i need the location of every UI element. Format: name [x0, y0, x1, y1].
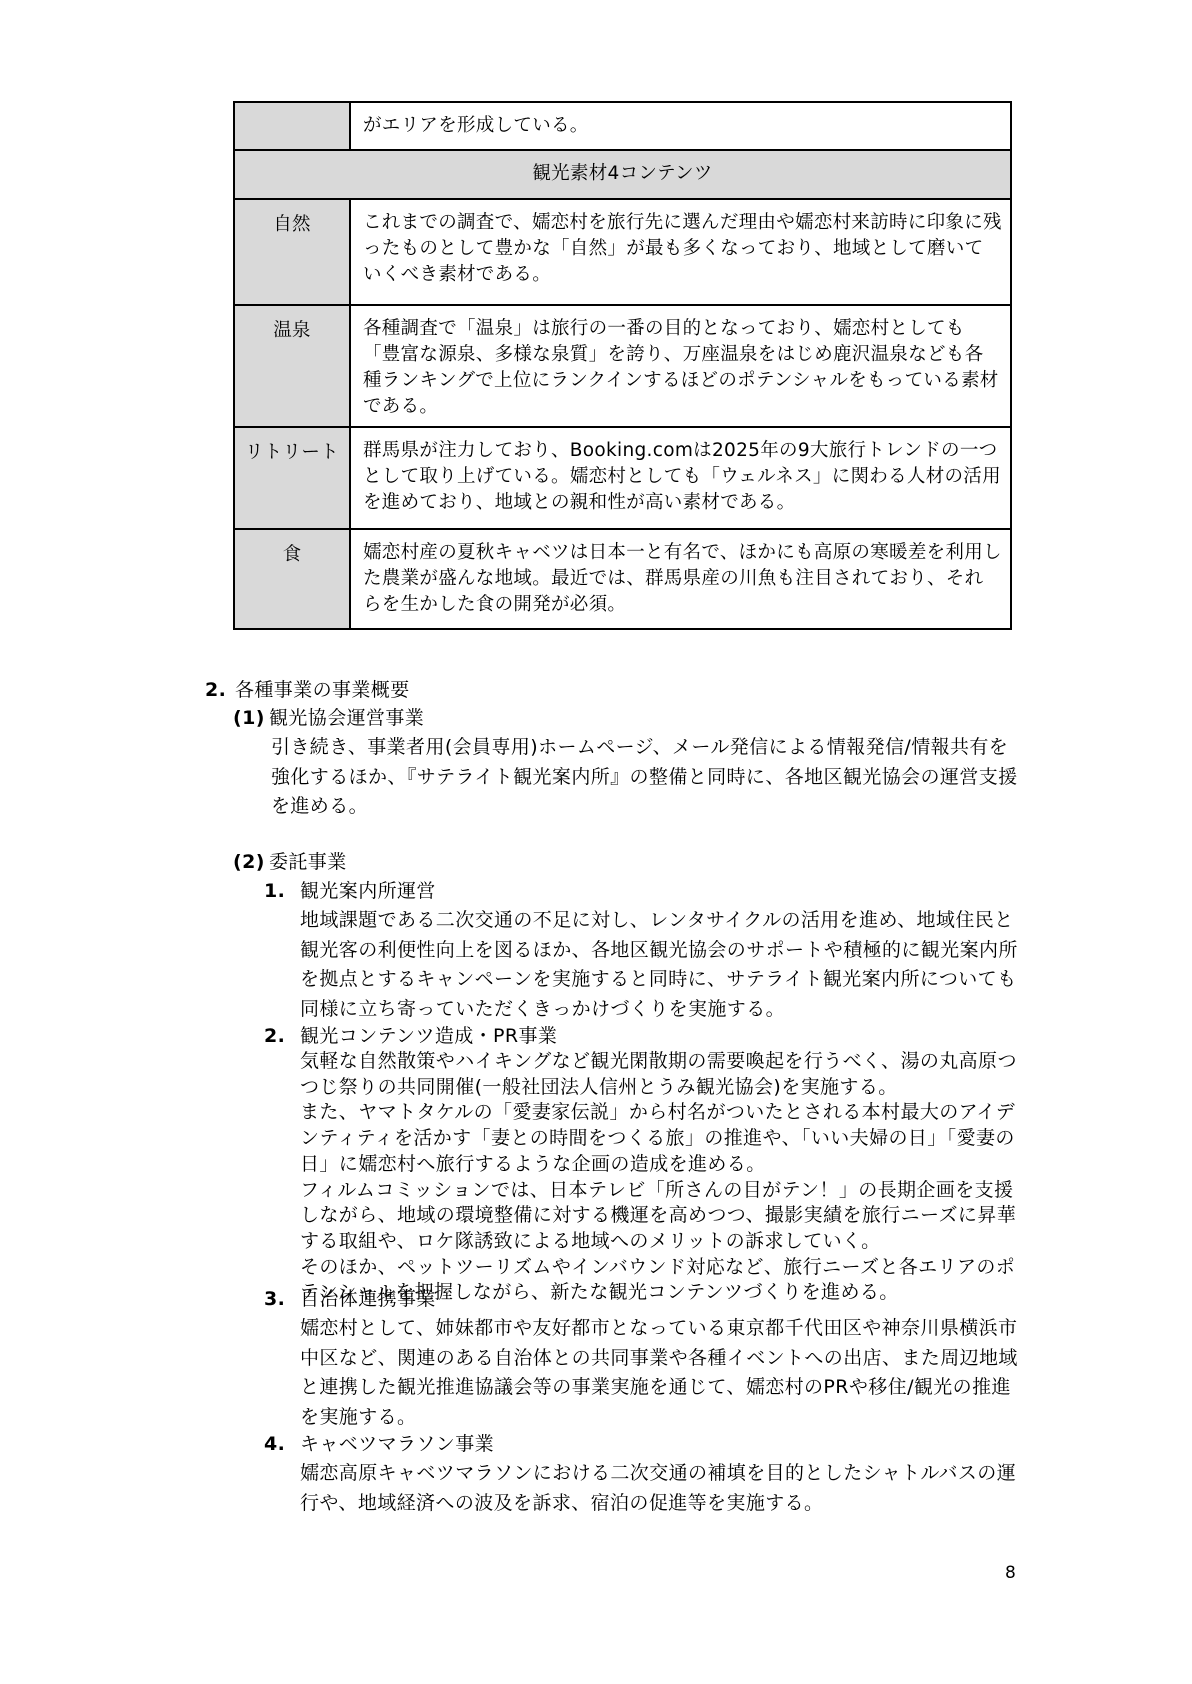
row-text: 各種調査で「温泉」は旅行の一番の目的となっており、嬬恋村としても「豊富な源泉、多… [350, 305, 1011, 427]
row-text: がエリアを形成している。 [350, 102, 1011, 150]
item-heading-2: 2.観光コンテンツ造成・PR事業 [264, 1022, 557, 1050]
table-row-onsen: 温泉 各種調査で「温泉」は旅行の一番の目的となっており、嬬恋村としても「豊富な源… [234, 305, 1011, 427]
item-title: 観光案内所運営 [300, 880, 436, 902]
section-heading: 2.各種事業の事業概要 [205, 676, 410, 704]
item-number: 1. [264, 877, 300, 905]
item-paragraph-1: 地域課題である二次交通の不足に対し、レンタサイクルの活用を進め、地域住民と観光客… [300, 906, 1025, 1024]
item-paragraph-2: 気軽な自然散策やハイキングなど観光閑散期の需要喚起を行うべく、湯の丸高原つつじ祭… [300, 1049, 1025, 1306]
item-heading-1: 1.観光案内所運営 [264, 877, 436, 905]
table-header-row: 観光素材4コンテンツ [234, 150, 1011, 199]
tourism-materials-table: がエリアを形成している。 観光素材4コンテンツ 自然 これまでの調査で、嬬恋村を… [233, 101, 1012, 630]
row-label: 食 [234, 529, 350, 629]
row-text: 群馬県が注力しており、Booking.comは2025年の9大旅行トレンドの一つ… [350, 427, 1011, 529]
subsection-heading-1: (1)観光協会運営事業 [233, 704, 424, 732]
subsection-paragraph-1: 引き続き、事業者用(会員専用)ホームページ、メール発信による情報発信/情報共有を… [271, 733, 1021, 822]
subsection-title: 観光協会運営事業 [269, 707, 424, 729]
item-title: 自治体連携事業 [300, 1288, 436, 1310]
row-label: 自然 [234, 199, 350, 305]
table-row-retreat: リトリート 群馬県が注力しており、Booking.comは2025年の9大旅行ト… [234, 427, 1011, 529]
item-number: 4. [264, 1430, 300, 1458]
table-row-continuation: がエリアを形成している。 [234, 102, 1011, 150]
paragraph-line: フィルムコミッションでは、日本テレビ「所さんの目がテン！」の長期企画を支援しなが… [300, 1178, 1025, 1255]
table-row-food: 食 嬬恋村産の夏秋キャベツは日本一と有名で、ほかにも高原の寒暖差を利用した農業が… [234, 529, 1011, 629]
document-page: がエリアを形成している。 観光素材4コンテンツ 自然 これまでの調査で、嬬恋村を… [0, 0, 1192, 1684]
item-number: 3. [264, 1285, 300, 1313]
item-number: 2. [264, 1022, 300, 1050]
subsection-number: (1) [233, 704, 269, 732]
table-header: 観光素材4コンテンツ [234, 150, 1011, 199]
item-title: キャベツマラソン事業 [300, 1433, 494, 1455]
table-row-nature: 自然 これまでの調査で、嬬恋村を旅行先に選んだ理由や嬬恋村来訪時に印象に残ったも… [234, 199, 1011, 305]
item-title: 観光コンテンツ造成・PR事業 [300, 1025, 557, 1047]
subsection-number: (2) [233, 848, 269, 876]
item-heading-4: 4.キャベツマラソン事業 [264, 1430, 494, 1458]
section-title: 各種事業の事業概要 [235, 679, 410, 701]
item-paragraph-3: 嬬恋村として、姉妹都市や友好都市となっている東京都千代田区や神奈川県横浜市中区な… [300, 1314, 1025, 1432]
row-label: リトリート [234, 427, 350, 529]
row-label: 温泉 [234, 305, 350, 427]
subsection-title: 委託事業 [269, 851, 347, 873]
subsection-heading-2: (2)委託事業 [233, 848, 347, 876]
item-paragraph-4: 嬬恋高原キャベツマラソンにおける二次交通の補填を目的としたシャトルバスの運行や、… [300, 1459, 1025, 1518]
section-number: 2. [205, 676, 235, 704]
page-number: 8 [1005, 1563, 1016, 1583]
row-label [234, 102, 350, 150]
paragraph-line: また、ヤマトタケルの「愛妻家伝説」から村名がついたとされる本村最大のアイデンティ… [300, 1100, 1025, 1177]
row-text: 嬬恋村産の夏秋キャベツは日本一と有名で、ほかにも高原の寒暖差を利用した農業が盛ん… [350, 529, 1011, 629]
item-heading-3: 3.自治体連携事業 [264, 1285, 436, 1313]
row-text: これまでの調査で、嬬恋村を旅行先に選んだ理由や嬬恋村来訪時に印象に残ったものとし… [350, 199, 1011, 305]
paragraph-line: 気軽な自然散策やハイキングなど観光閑散期の需要喚起を行うべく、湯の丸高原つつじ祭… [300, 1049, 1025, 1100]
